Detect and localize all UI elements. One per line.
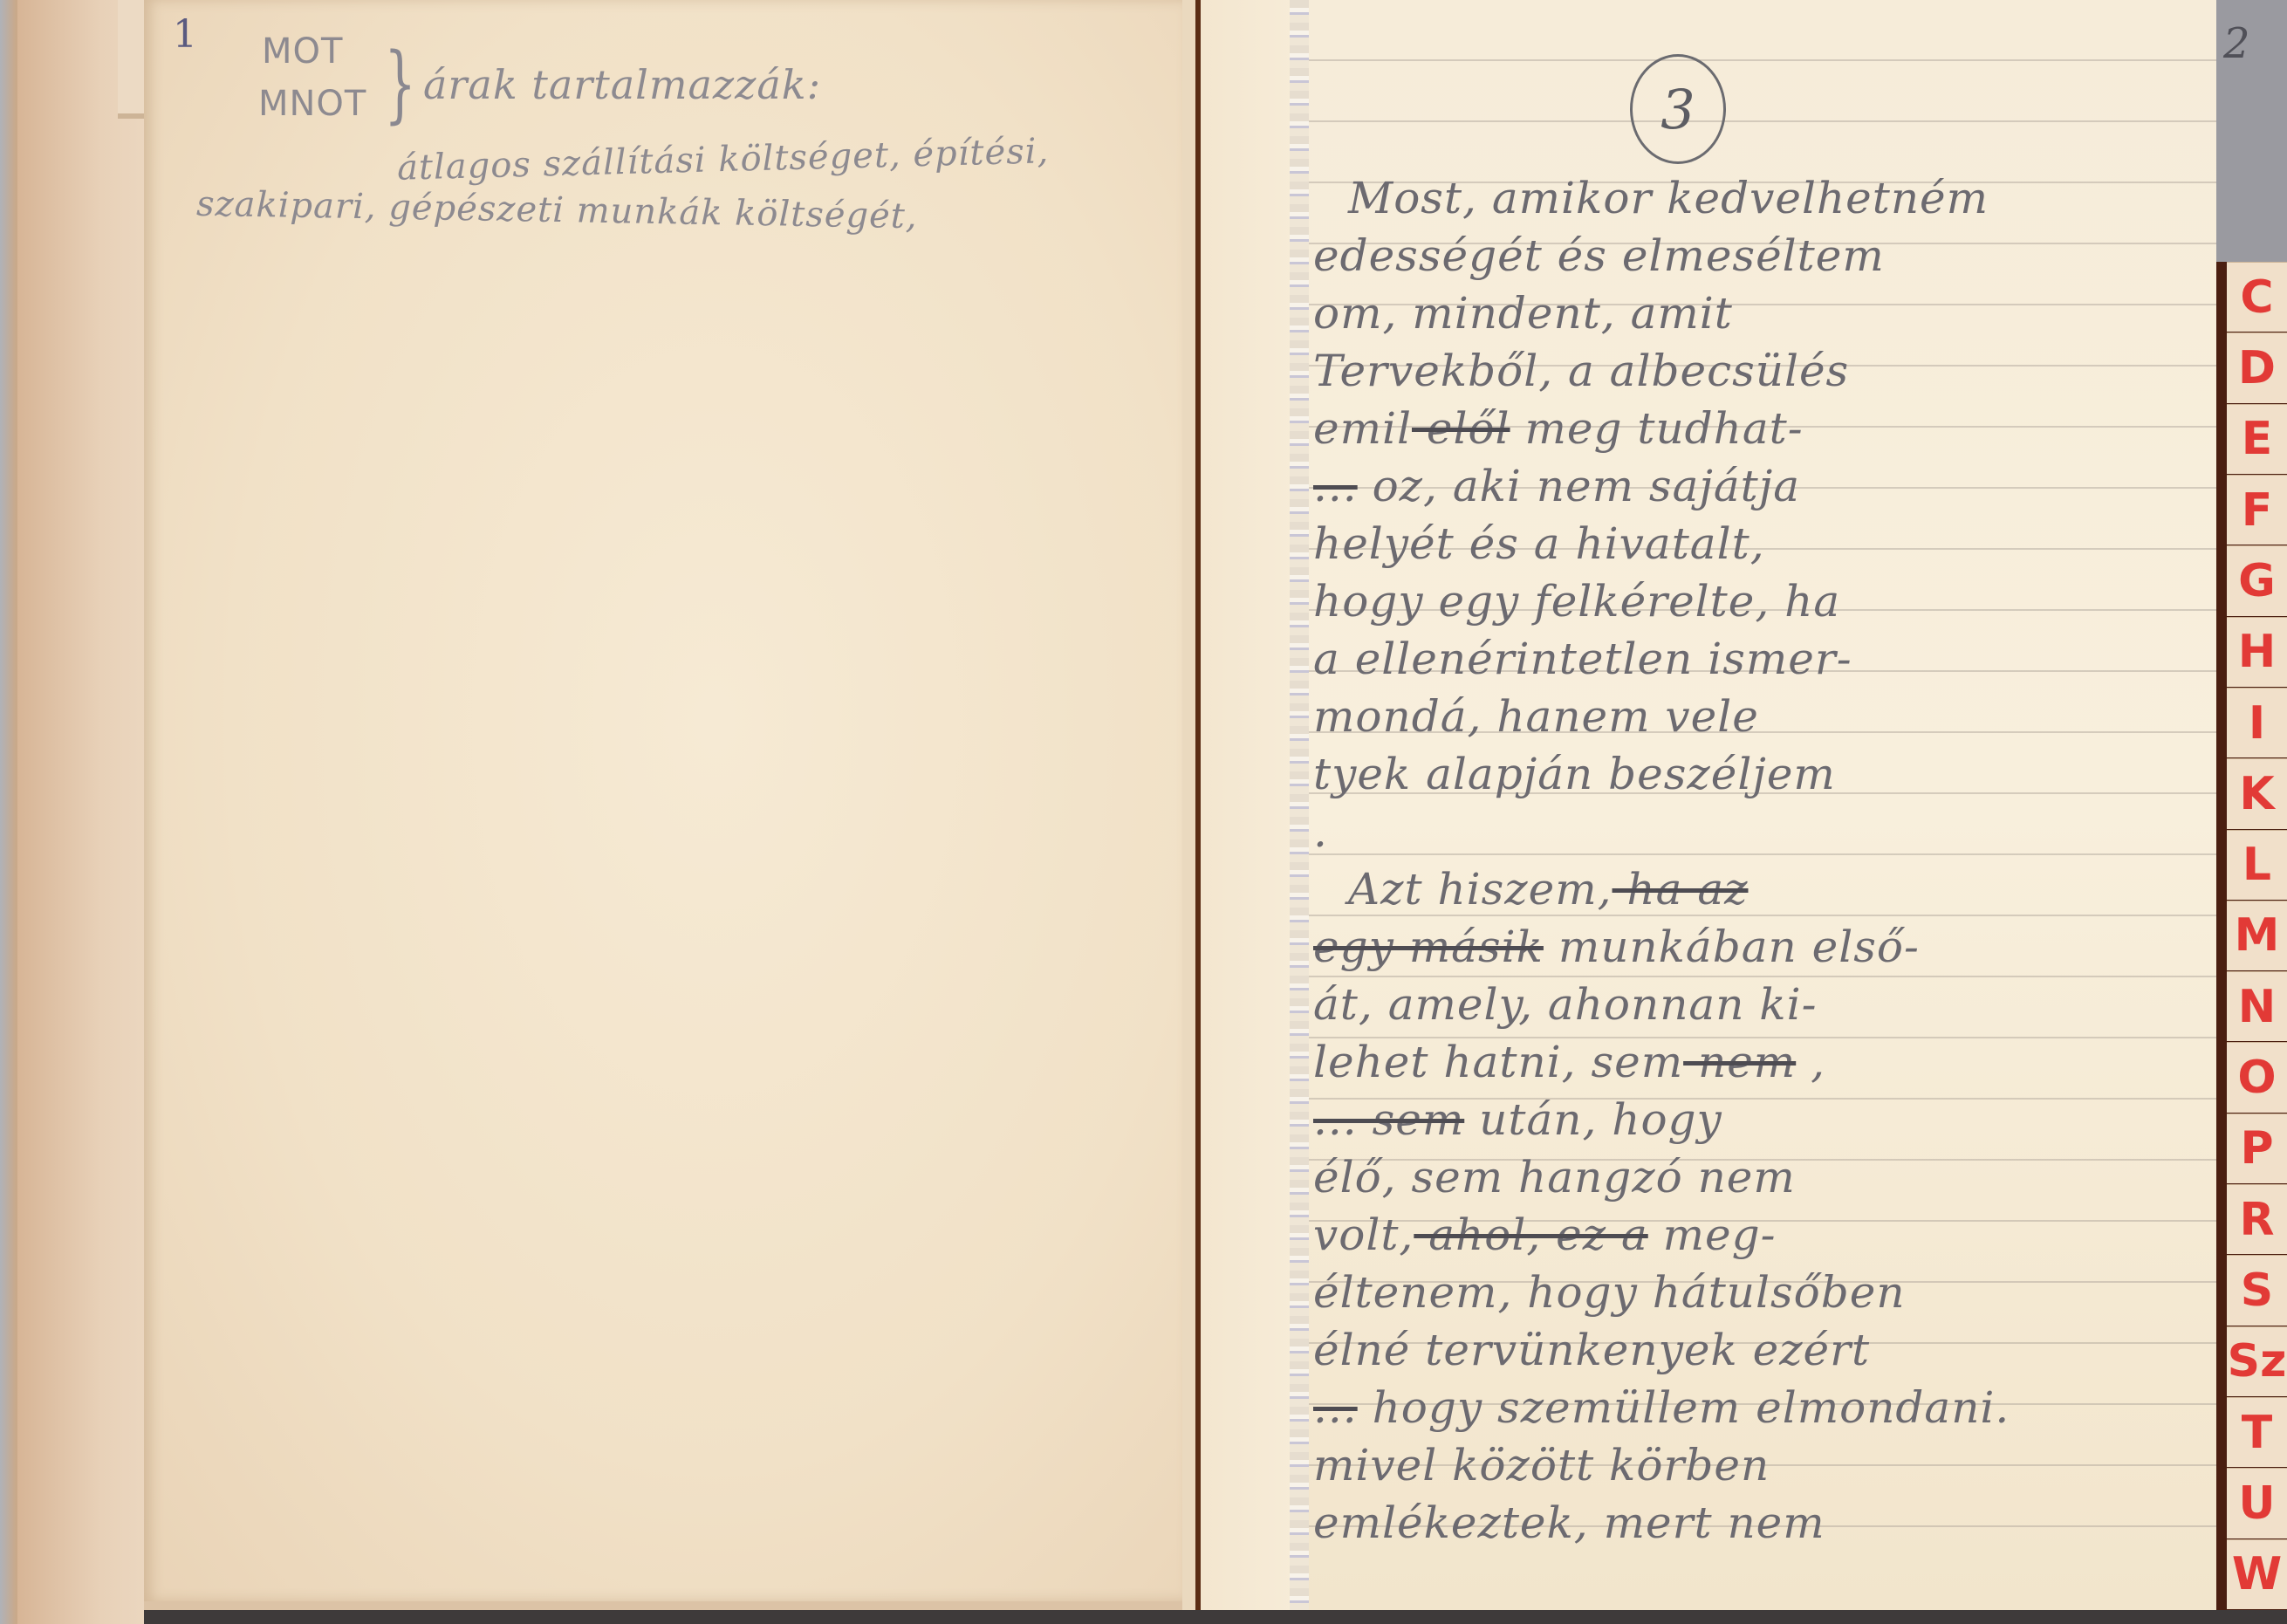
handwritten-line: éltenem, hogy hátulsőben: [1313, 1267, 1906, 1318]
word-group: a ellenérintetlen ismer-: [1313, 634, 1852, 684]
index-tab-l: L: [2227, 830, 2287, 900]
index-tab-c: C: [2227, 262, 2287, 332]
brace-icon: }: [384, 35, 416, 133]
word-group: meg tudhat-: [1510, 403, 1804, 454]
index-tab-s: S: [2227, 1255, 2287, 1325]
word-group: tyek alapján beszéljem: [1313, 749, 1836, 799]
handwritten-line: volt, ahol, ez a meg-: [1313, 1209, 1777, 1260]
word-group: át, amely, ahonnan ki-: [1313, 979, 1818, 1030]
word-group: edességét és elmeséltem: [1313, 230, 1885, 281]
handwritten-line: helyét és a hivatalt,: [1313, 518, 1765, 569]
handwritten-line: ... sem után, hogy: [1313, 1094, 1722, 1145]
index-tab-f: F: [2227, 475, 2287, 545]
word-group: volt,: [1313, 1209, 1414, 1260]
handwritten-line: élő, sem hangzó nem: [1313, 1152, 1796, 1203]
notebook-photo: 1 MOT MNOT } árak tartalmazzák: átlagos …: [0, 0, 2287, 1624]
index-tab-r: R: [2227, 1184, 2287, 1254]
bottom-shadow: [144, 1610, 2287, 1624]
word-group: om, mindent, amit: [1313, 288, 1733, 339]
left-corner-mark: 1: [173, 12, 197, 57]
struck-word: ...: [1313, 1382, 1358, 1433]
bracket-text: árak tartalmazzák:: [423, 61, 821, 108]
handwritten-line: lehet hatni, sem nem ,: [1313, 1037, 1825, 1087]
right-page-number: 2: [2223, 19, 2250, 68]
handwritten-line: élné tervünkenyek ezért: [1313, 1325, 1870, 1375]
handwritten-line: a ellenérintetlen ismer-: [1313, 634, 1852, 684]
circled-number-text: 3: [1660, 78, 1695, 141]
abbreviation-2: MNOT: [258, 84, 366, 124]
handwritten-line: hogy egy felkérelte, ha: [1313, 576, 1840, 627]
word-group: Tervekből, a albecsülés: [1313, 346, 1849, 396]
word-group: emlékeztek, mert nem: [1313, 1497, 1825, 1548]
word-group: éltenem, hogy hátulsőben: [1313, 1267, 1906, 1318]
word-group: .: [1313, 806, 1328, 857]
spine-gutter: [1182, 0, 1195, 1624]
word-group: mivel között körben: [1313, 1440, 1770, 1490]
circled-section-number: 3: [1630, 54, 1726, 164]
word-group: Azt hiszem,: [1348, 864, 1613, 915]
word-group: élné tervünkenyek ezért: [1313, 1325, 1870, 1375]
index-tab-u: U: [2227, 1468, 2287, 1538]
index-tab-i: I: [2227, 688, 2287, 757]
word-group: helyét és a hivatalt,: [1313, 518, 1765, 569]
word-group: munkában első-: [1544, 922, 1920, 972]
struck-word: nem: [1683, 1037, 1796, 1087]
handwritten-line: edességét és elmeséltem: [1313, 230, 1885, 281]
word-group: oz, aki nem sajátja: [1358, 461, 1800, 511]
word-group: ,: [1796, 1037, 1825, 1087]
handwritten-line: ... hogy szemüllem elmondani.: [1313, 1382, 2010, 1433]
left-page: [144, 0, 1182, 1601]
index-tab-m: M: [2227, 901, 2287, 970]
handwritten-line: mivel között körben: [1313, 1440, 1770, 1490]
word-group: után, hogy: [1464, 1094, 1722, 1145]
handwritten-line: tyek alapján beszéljem: [1313, 749, 1836, 799]
index-tab-p: P: [2227, 1114, 2287, 1183]
struck-word: ahol, ez a: [1414, 1209, 1647, 1260]
word-group: emil: [1313, 403, 1412, 454]
index-tab-n: N: [2227, 971, 2287, 1041]
word-group: meg-: [1648, 1209, 1777, 1260]
index-tab-d: D: [2227, 332, 2287, 402]
index-tab-o: O: [2227, 1042, 2287, 1112]
struck-word: ...: [1313, 461, 1358, 511]
struck-word: ... sem: [1313, 1094, 1464, 1145]
handwritten-line: emlékeztek, mert nem: [1313, 1497, 1825, 1548]
word-group: élő, sem hangzó nem: [1313, 1152, 1796, 1203]
word-group: hogy egy felkérelte, ha: [1313, 576, 1840, 627]
handwritten-line: Most, amikor kedvelhetném: [1348, 173, 1989, 223]
handwritten-line: egy másik munkában első-: [1313, 922, 1920, 972]
handwritten-line: mondá, hanem vele: [1313, 691, 1759, 742]
index-tab-e: E: [2227, 404, 2287, 474]
page-stub: [1201, 0, 1297, 1610]
word-group: lehet hatni, sem: [1313, 1037, 1683, 1087]
handwritten-line: Tervekből, a albecsülés: [1313, 346, 1849, 396]
index-tab-g: G: [2227, 545, 2287, 615]
index-tab-t: T: [2227, 1397, 2287, 1467]
left-page-stack: [17, 0, 158, 1624]
handwritten-line: át, amely, ahonnan ki-: [1313, 979, 1818, 1030]
abbreviation-1: MOT: [262, 31, 343, 72]
struck-word: ha az: [1613, 864, 1749, 915]
handwritten-line: emil elől meg tudhat-: [1313, 403, 1804, 454]
handwritten-line: om, mindent, amit: [1313, 288, 1733, 339]
index-tab-sz: Sz: [2227, 1326, 2287, 1396]
handwritten-line: .: [1313, 806, 1328, 857]
handwritten-line: Azt hiszem, ha az: [1348, 864, 1748, 915]
struck-word: egy másik: [1313, 922, 1544, 972]
word-group: hogy szemüllem elmondani.: [1358, 1382, 2010, 1433]
word-group: mondá, hanem vele: [1313, 691, 1759, 742]
index-tab-h: H: [2227, 617, 2287, 687]
handwritten-line: ... oz, aki nem sajátja: [1313, 461, 1800, 511]
word-group: Most, amikor kedvelhetném: [1348, 173, 1989, 223]
alphabet-index-tabs: CDEFGHIKLMNOPRSSzTUW: [2216, 262, 2287, 1610]
index-tab-w: W: [2227, 1539, 2287, 1609]
index-tab-k: K: [2227, 758, 2287, 828]
struck-word: elől: [1412, 403, 1510, 454]
torn-page-edge: [1290, 0, 1311, 1610]
